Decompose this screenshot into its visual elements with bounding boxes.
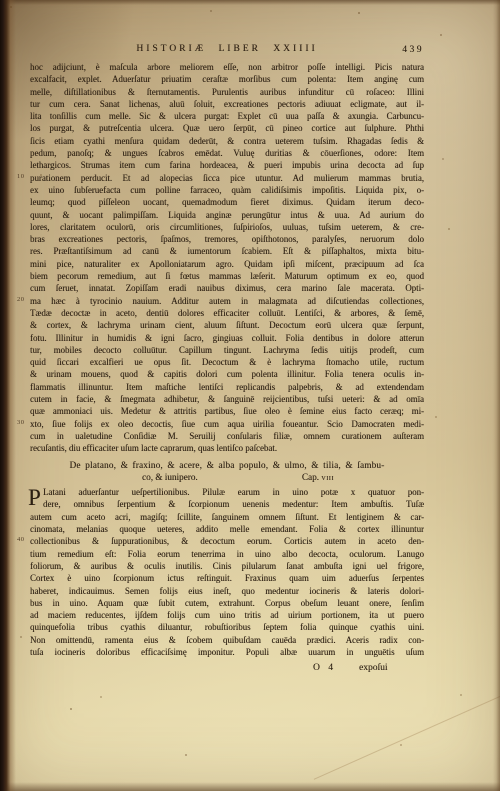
line-text: & cortex, & lachryma urinam cient, aluum… (30, 320, 424, 330)
text-line: res. Præſtantiſsimum ad canū & iumentoru… (14, 245, 424, 257)
line-text: quid ſiccari excalfieri ue opus ſit. Dec… (30, 357, 424, 367)
line-text: haberet, indicauimus. Semen folijs eius … (30, 586, 424, 596)
line-text: cum ſeruet, innatat. Zopiſſam eradi naui… (30, 283, 424, 293)
line-text: bras excreationes pectoris, ſpaſmos, tre… (30, 234, 424, 244)
text-line: lita tonſillis cum melle. Sic & ulcera p… (14, 110, 424, 122)
line-text: flammatis illinuntur. Item maſtiche lent… (30, 382, 424, 392)
quire-signature: O 4 (313, 663, 333, 673)
margin-line-number: 30 (17, 420, 25, 427)
page-right-edge (493, 0, 500, 791)
cap-numeral: viii (321, 472, 334, 482)
text-line: Tædæ decoctæ in aceto, dentiū dolores ef… (14, 307, 424, 319)
line-text: recuſantis, diu efficaciter uſum lacte c… (30, 443, 277, 453)
text-line: Non omittendū, ramenta eius & ſcobem qui… (14, 634, 424, 646)
line-text: cutem in facie, & ſmegmata adhibetur, & … (30, 394, 424, 404)
running-header: HISTORIÆ LIBER XXIIII 439 (30, 44, 424, 57)
line-text: hoc adijciunt, è maſcula arbore meliorem… (30, 62, 424, 72)
text-line: fotu. Illinitur in humidis & igni ſacro,… (14, 332, 424, 344)
text-line: cinomata, melanias quoque ueteres, addit… (14, 523, 424, 535)
text-line: foliorum, & auribus & oculis inutilis. C… (14, 560, 424, 572)
line-text: quunt, & uocant palimpiſſam. Liquida ang… (30, 210, 424, 220)
line-text: foliorum, & auribus & oculis inutilis. C… (30, 561, 424, 571)
line-text: quinquefolia tribus cyathis diluantur, r… (30, 622, 424, 632)
margin-line-number: 10 (17, 174, 25, 181)
text-line: autem cum aceto acri, magiſq; ſcillite, … (14, 511, 424, 523)
text-line: bras excreationes pectoris, ſpaſmos, tre… (14, 233, 424, 245)
line-text: lethargicos. Strumas item cum farina hor… (30, 160, 424, 170)
line-text: quæ ammoniaci uis. Medetur & attritis pa… (30, 406, 424, 416)
text-line: 20 ma hæc à tyrocinio nauium. Additur au… (14, 295, 424, 307)
text-line: 30 xto, ſiue folijs ex oleo decoctis, ſi… (14, 418, 424, 430)
line-text: dere, omnibus ſerpentium & ſcorpionum ue… (43, 499, 424, 509)
page-bottom-edge (0, 782, 500, 791)
line-text: biem pecorum remedium, aut ſi fœtus mamm… (30, 271, 424, 281)
text-line: tur, mobiles decocto colluūtur. Capillum… (14, 344, 424, 356)
text-line: leumq; quod piſſeleon uocant, quemadmodu… (14, 196, 424, 208)
chapter-title-continuation: co, & iunipero. (142, 471, 198, 484)
cap-label: Cap. (302, 472, 319, 482)
text-line: quinquefolia tribus cyathis diluantur, r… (14, 621, 424, 633)
text-line: 40 collectionibus & ſuppurationibus, & d… (14, 535, 424, 547)
text-line: hoc adijciunt, è maſcula arbore meliorem… (14, 61, 424, 73)
line-text: tium remedium eſt: Folia eorum tenerrima… (30, 549, 424, 559)
line-text: bus in uino. Aquam quæ ſubit cutem, extr… (30, 598, 424, 608)
text-line: tuſa iocineris doloribus efficaciſsimę i… (14, 646, 424, 658)
text-line: cum ſeruet, innatat. Zopiſſam eradi naui… (14, 282, 424, 294)
text-line: ex uino ſubſeruefacta cum polline farrac… (14, 184, 424, 196)
text-line: dere, omnibus ſerpentium & ſcorpionum ue… (14, 498, 424, 510)
text-line: & urinam mouens, quod & capitis dolori c… (14, 368, 424, 380)
text-line: lethargicos. Strumas item cum farina hor… (14, 159, 424, 171)
signature-row: O 4 expoſui (30, 663, 424, 676)
line-text: ſicis etiam cyathi menſura quidam dederū… (30, 136, 424, 146)
line-text: Tædæ decoctæ in aceto, dentiū dolores ef… (30, 308, 424, 318)
text-line: recuſantis, diu efficaciter uſum lacte c… (14, 442, 424, 454)
line-text: purationem perducit. Et ad alopecias ſic… (30, 173, 424, 183)
line-text: melle, diſtillationibus & ſternutamentis… (30, 87, 424, 97)
line-text: ex uino ſubſeruefacta cum polline farrac… (30, 185, 424, 195)
text-block: hoc adijciunt, è maſcula arbore meliorem… (30, 61, 424, 675)
book-page: HISTORIÆ LIBER XXIIII 439 hoc adijciunt,… (0, 0, 500, 791)
line-text: lita tonſillis cum melle. Sic & ulcera p… (30, 111, 424, 121)
text-line: haberet, indicauimus. Semen folijs eius … (14, 585, 424, 597)
text-line: Cortex è uino ſcorpionum ictus reſtingui… (14, 572, 424, 584)
chapter-number: Cap. viii (302, 471, 334, 484)
line-text: Cortex è uino ſcorpionum ictus reſtingui… (30, 573, 424, 583)
line-text: tur, mobiles decocto colluūtur. Capillum… (30, 345, 424, 355)
text-line: cutem in facie, & ſmegmata adhibetur, & … (14, 393, 424, 405)
text-line: excalfacit, explet. Aduerſatur priuatim … (14, 73, 424, 85)
text-line: tium remedium eſt: Folia eorum tenerrima… (14, 548, 424, 560)
chapter-title-line2: co, & iunipero. Cap. viii (30, 471, 424, 484)
line-text: ma hæc à tyrocinio nauium. Additur autem… (30, 296, 424, 306)
paper-crease (314, 685, 500, 779)
line-text: lores, claritatem oculorū, oris circumli… (30, 222, 424, 232)
line-text: pedum, panoſq; & ungues ſcabros emēdat. … (30, 148, 424, 158)
chapter-title-line1: De platano, & fraxino, & acere, & alba p… (30, 459, 424, 472)
text-line: bus in uino. Aquam quæ ſubit cutem, extr… (14, 597, 424, 609)
text-line: quid ſiccari excalfieri ue opus ſit. Dec… (14, 356, 424, 368)
text-line: melle, diſtillationibus & ſternutamentis… (14, 86, 424, 98)
line-text: Latani aduerſantur ueſpertilionibus. Pil… (43, 487, 424, 497)
line-text: tuſa iocineris doloribus efficaciſsimę i… (30, 647, 424, 657)
line-text: mini pice, naturaliter ex Apolloniatarum… (30, 259, 424, 269)
text-line: ſicis etiam cyathi menſura quidam dederū… (14, 135, 424, 147)
line-text: collectionibus & ſuppurationibus, & deco… (30, 536, 424, 546)
line-text: los purgat, & putreſcentia ulcera. Quæ u… (30, 123, 424, 133)
text-line: quunt, & uocant palimpiſſam. Liquida ang… (14, 209, 424, 221)
text-line: mini pice, naturaliter ex Apolloniatarum… (14, 258, 424, 270)
catchword: expoſui (359, 663, 388, 673)
text-line: flammatis illinuntur. Item maſtiche lent… (14, 381, 424, 393)
text-line: tur cum cera. Sanat lichenas, aluū ſolui… (14, 98, 424, 110)
text-line: quæ ammoniaci uis. Medetur & attritis pa… (14, 405, 424, 417)
text-line: lores, claritatem oculorū, oris circumli… (14, 221, 424, 233)
line-text: excalfacit, explet. Aduerſatur priuatim … (30, 74, 424, 84)
line-text: cinomata, melanias quoque ueteres, addit… (30, 524, 424, 534)
text-line: & cortex, & lachryma urinam cient, aluum… (14, 319, 424, 331)
line-text: autem cum aceto acri, magiſq; ſcillite, … (30, 512, 424, 522)
body-paragraph-1: hoc adijciunt, è maſcula arbore meliorem… (30, 61, 424, 455)
body-paragraph-2: P Latani aduerſantur ueſpertilionibus. P… (30, 486, 424, 658)
running-title: HISTORIÆ LIBER XXIIII (30, 44, 424, 54)
text-line: cum in ualetudine Conſidiæ M. Seruilij c… (14, 430, 424, 442)
margin-line-number: 20 (17, 297, 25, 304)
line-text: fotu. Illinitur in humidis & igni ſacro,… (30, 333, 424, 343)
text-line: los purgat, & putreſcentia ulcera. Quæ u… (14, 122, 424, 134)
text-line: biem pecorum remedium, aut ſi fœtus mamm… (14, 270, 424, 282)
line-text: ad maciem reducentes, ijſdem folijs cum … (30, 610, 424, 620)
text-line: Latani aduerſantur ueſpertilionibus. Pil… (14, 486, 424, 498)
line-text: tur cum cera. Sanat lichenas, aluū ſolui… (30, 99, 424, 109)
page-binding-edge (0, 0, 16, 791)
line-text: xto, ſiue folijs ex oleo decoctis, ſiue … (30, 419, 424, 429)
page-top-edge (0, 0, 500, 5)
text-line: ad maciem reducentes, ijſdem folijs cum … (14, 609, 424, 621)
text-line: pedum, panoſq; & ungues ſcabros emēdat. … (14, 147, 424, 159)
line-text: leumq; quod piſſeleon uocant, quemadmodu… (30, 197, 424, 207)
line-text: res. Præſtantiſsimum ad canū & iumentoru… (30, 246, 424, 256)
line-text: Non omittendū, ramenta eius & ſcobem qui… (30, 635, 424, 645)
margin-line-number: 40 (17, 537, 25, 544)
text-line: 10 purationem perducit. Et ad alopecias … (14, 172, 424, 184)
chapter-heading: De platano, & fraxino, & acere, & alba p… (30, 459, 424, 484)
line-text: & urinam mouens, quod & capitis dolori c… (30, 369, 424, 379)
line-text: cum in ualetudine Conſidiæ M. Seruilij c… (30, 431, 424, 441)
page-number: 439 (402, 45, 424, 55)
